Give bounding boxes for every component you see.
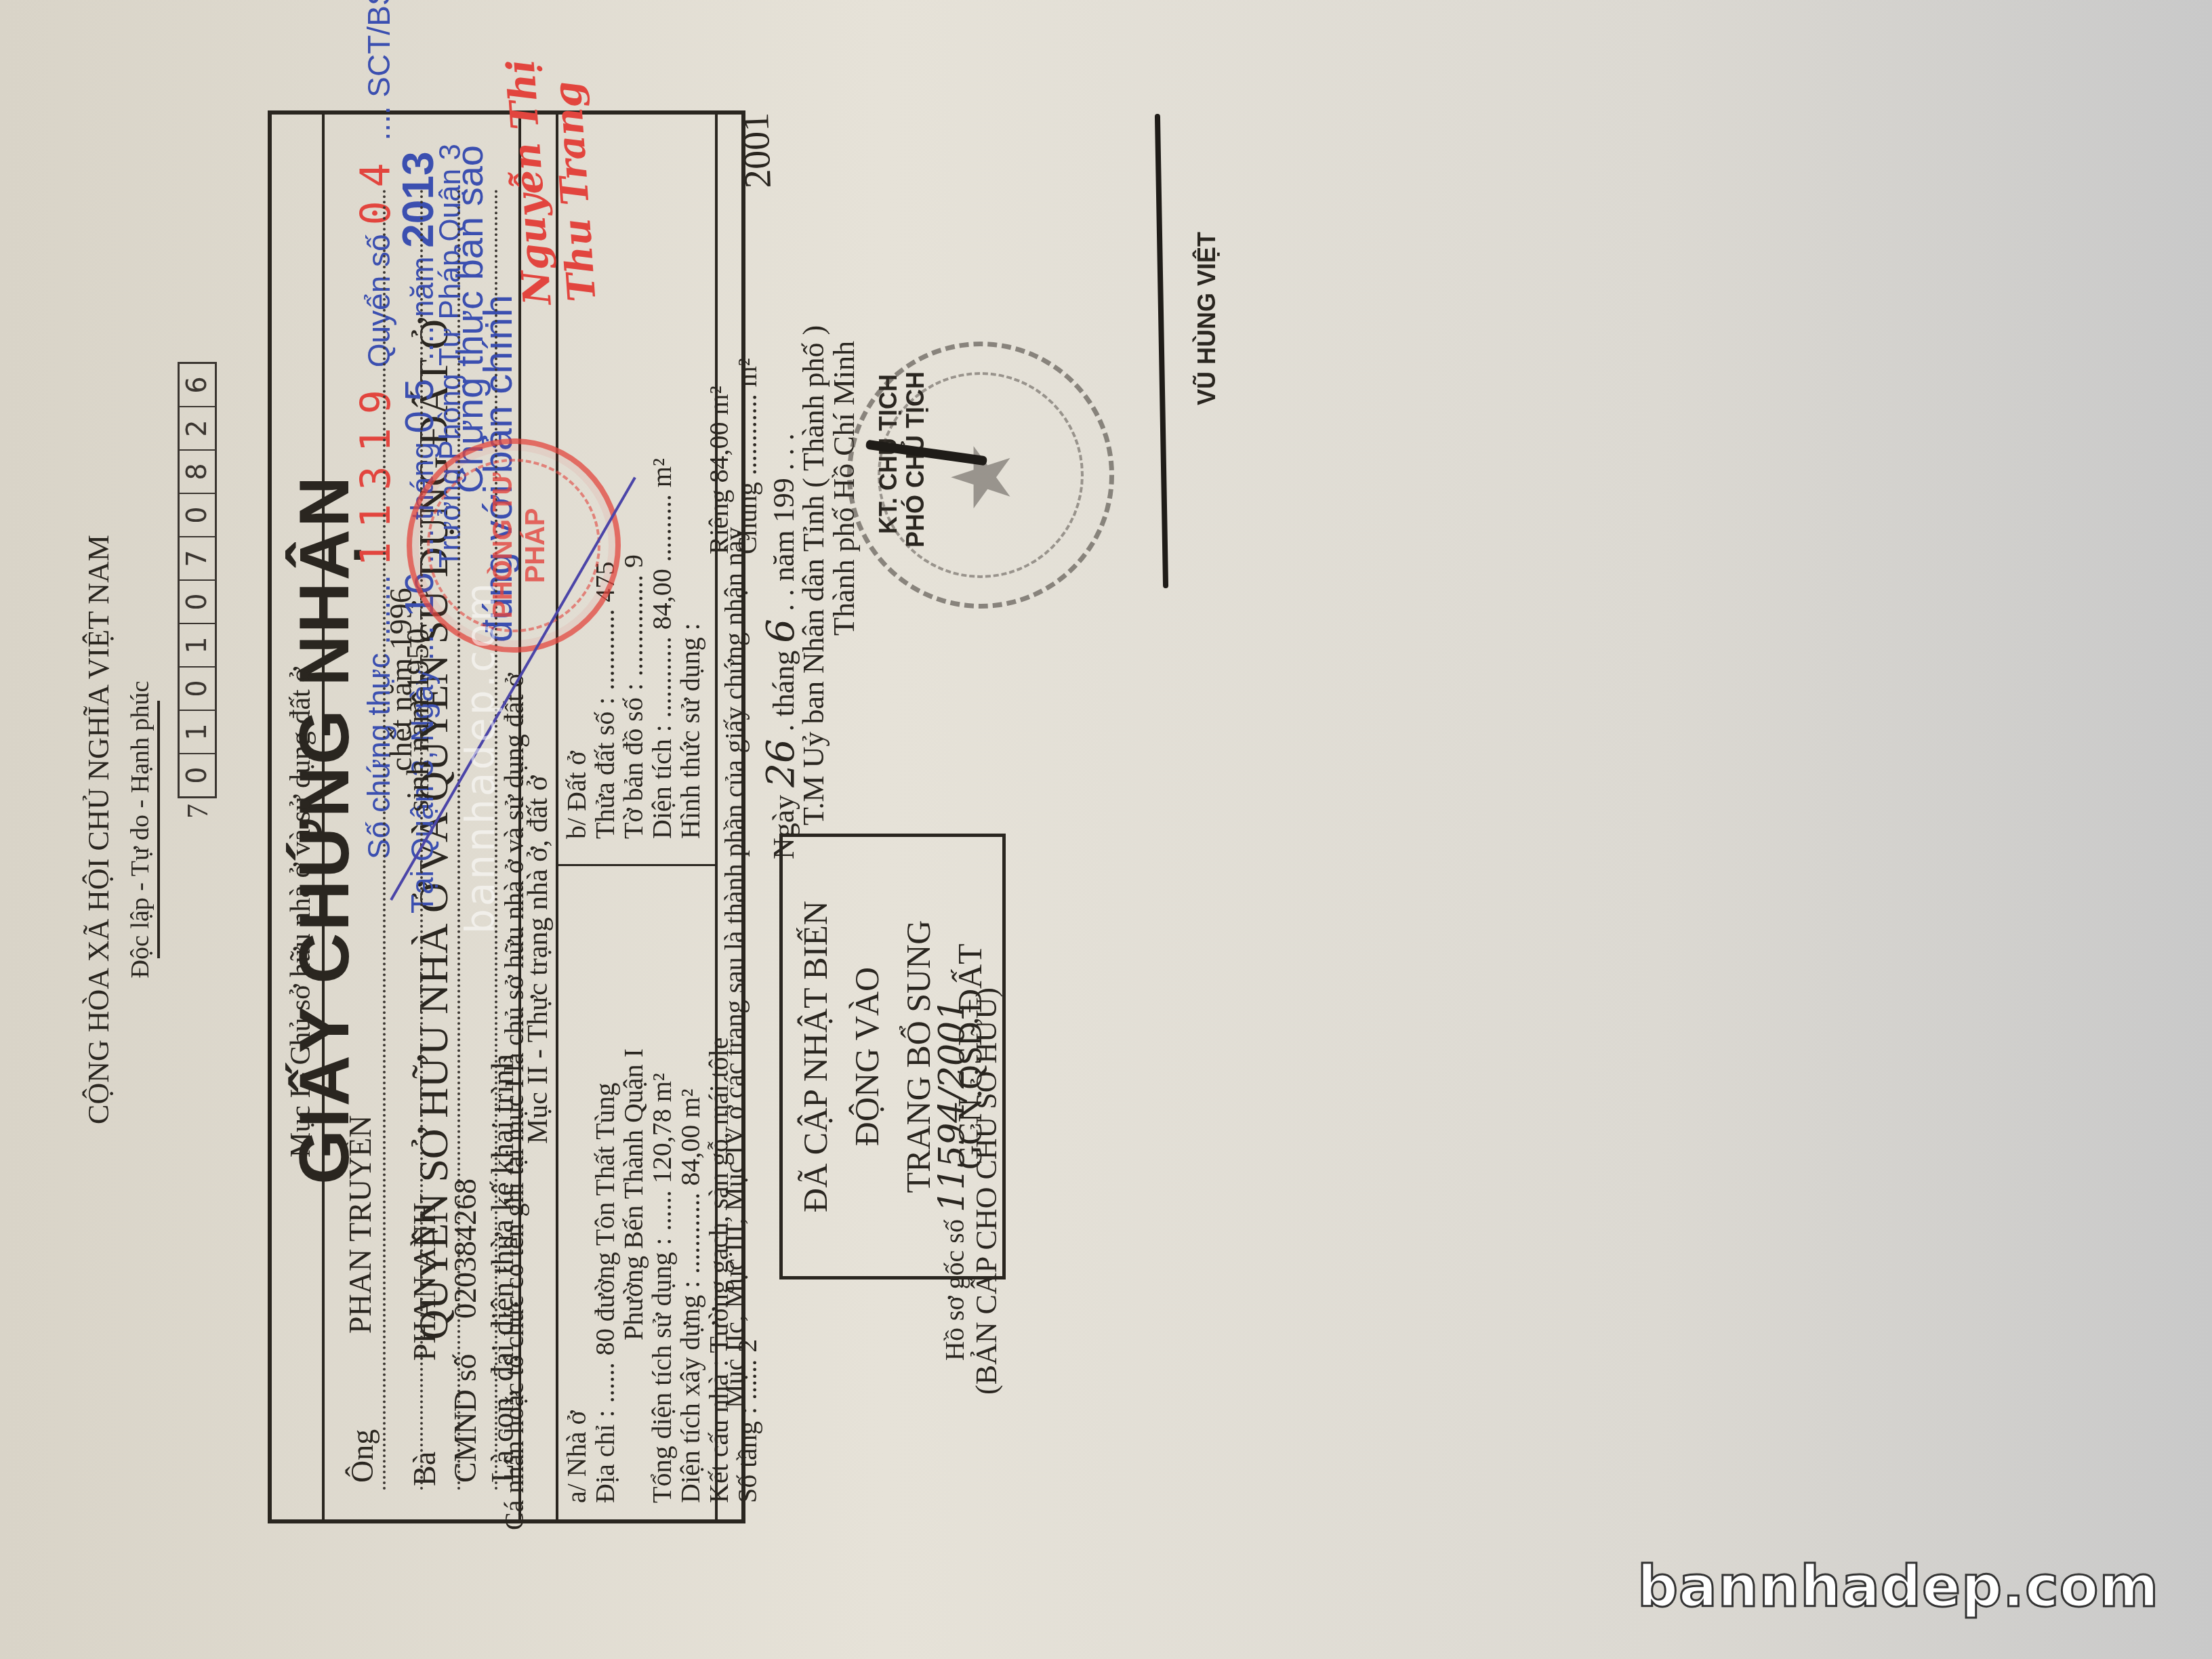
faint-watermark: bannhadep.com <box>457 580 504 934</box>
date-year-label: năm 199 <box>767 478 800 581</box>
serial-digit: 0 <box>180 668 215 711</box>
file-label: Hồ sơ gốc số <box>939 1219 970 1361</box>
document-photo: CỘNG HÒA XÃ HỘI CHỦ NGHĨA VIỆT NAM Độc l… <box>0 0 2212 1659</box>
house-total-area: Tổng diện tích sử dụng : ...... 120,78 m… <box>648 1038 676 1503</box>
signer-name: VŨ HÙNG VIỆT <box>1193 232 1221 405</box>
owner2-birth-label: sinh năm <box>401 699 435 812</box>
floors-label: Số tầng : <box>732 1407 762 1503</box>
section2-column-divider <box>556 864 715 866</box>
footer-note: Mục IIc, Mục III, Mục IV ở các trang sau… <box>718 527 750 1408</box>
certification-book-label: Quyển số <box>361 234 396 367</box>
serial-digit: 2 <box>180 407 215 451</box>
file-number: Hồ sơ gốc số 11594/2001 <box>932 999 972 1361</box>
house-built-area: Diện tích xây dựng : ............ 84,00 … <box>676 1038 705 1503</box>
serial-digit: 0 <box>180 754 215 796</box>
total-area-value: 120,78 <box>647 1109 677 1183</box>
total-area-unit: m² <box>647 1073 677 1102</box>
plot-label: Thửa đất số : <box>590 697 620 839</box>
section2-top-divider <box>518 110 521 1523</box>
serial-digit: 0 <box>180 494 215 537</box>
site-watermark: bannhadep.com <box>1637 1553 2159 1620</box>
address-line2: Phường Bến Thành Quận I <box>618 1048 649 1340</box>
address-label: Địa chỉ : <box>590 1410 620 1503</box>
signature-stroke <box>1155 114 1168 588</box>
house-address: Địa chỉ : ...... 80 đường Tôn Thất Tùng <box>591 1038 619 1503</box>
private-value: 84,00 <box>703 422 734 483</box>
built-area-unit: m² <box>675 1089 705 1118</box>
area-unit: m² <box>647 458 677 487</box>
owner2-birth: sinh năm 1950 <box>400 628 436 812</box>
dotted-line <box>420 188 423 1490</box>
copy-note: (BẢN CẤP CHO CHỦ SỞ HỮU) <box>969 987 1004 1395</box>
section1-heading: Mục I - Chủ sở hữu nhà ở và sử dụng đất … <box>285 668 317 1158</box>
relation-text: Là con, đại diện thừa kế khai trình <box>485 1054 520 1483</box>
land-usage: Hình thức sử dụng : <box>676 358 705 839</box>
motto-underline <box>157 701 160 958</box>
map-sheet-value: 9 <box>618 554 649 568</box>
land-map-sheet: Tờ bản đồ số : ............... 9 <box>619 358 648 839</box>
owner1-label: Ông <box>344 1429 380 1483</box>
id-number: CMND số 020384268 <box>447 1179 483 1483</box>
built-area-value: 84,00 <box>675 1125 705 1186</box>
id-value: 020384268 <box>448 1179 483 1319</box>
authority-line1: T.M Uỷ ban Nhân dân Tỉnh ( Thành phố ) <box>796 325 831 825</box>
signing-year-handwritten: 2001 <box>734 112 780 189</box>
owner2-birth-value: 1950 <box>401 628 435 691</box>
serial-digit-boxes: 0101070826 <box>178 362 217 798</box>
owner2-name: PHAN ANH <box>407 1202 443 1361</box>
serial-digit: 6 <box>180 364 215 407</box>
built-area-label: Diện tích xây dựng : <box>675 1281 705 1503</box>
serial-prefix: 7 <box>180 804 215 819</box>
total-area-label: Tổng diện tích sử dụng : <box>647 1237 677 1503</box>
update-stamp-line1: ĐÃ CẬP NHẬT BIẾN ĐỘNG VÀO <box>790 853 893 1260</box>
owner1-name: PHAN TRUYỀN <box>342 1115 378 1334</box>
serial-digit: 1 <box>180 711 215 754</box>
file-value: 11594/2001 <box>932 999 972 1212</box>
serial-digit: 0 <box>180 581 215 624</box>
house-address-line2: Phường Bến Thành Quận I <box>619 1038 648 1503</box>
id-label: CMND số <box>448 1354 483 1483</box>
notary-stamp: PHÒNG TƯ PHÁP <box>407 438 621 653</box>
dotted-line <box>383 188 386 1490</box>
section1-header-divider <box>322 110 325 1523</box>
address-line1: 80 đường Tôn Thất Tùng <box>590 1082 620 1355</box>
area-label: Diện tích : <box>647 724 677 839</box>
serial-digit: 1 <box>180 624 215 668</box>
shared-unit: m² <box>732 358 762 387</box>
serial-number: 7 0101070826 <box>178 362 217 819</box>
owner2-label: Bà <box>407 1452 443 1486</box>
private-unit: m² <box>703 386 734 415</box>
serial-digit: 7 <box>180 537 215 581</box>
section2-header-divider <box>556 110 558 1523</box>
certification-book-code: SCT/BS <box>361 0 396 98</box>
section2-heading: Mục II - Thực trạng nhà ở, đất ở <box>522 776 554 1144</box>
serial-digit: 8 <box>180 451 215 494</box>
house-heading: a/ Nhà ở <box>562 1038 591 1503</box>
certificate-document: CỘNG HÒA XÃ HỘI CHỦ NGHĨA VIỆT NAM Độc l… <box>0 0 2212 1659</box>
nation-header: CỘNG HÒA XÃ HỘI CHỦ NGHĨA VIỆT NAM <box>81 0 116 1659</box>
area-value: 84,00 <box>647 569 677 630</box>
date-month-label: tháng <box>767 651 800 717</box>
motto: Độc lập - Tự do - Hạnh phúc <box>125 0 155 1659</box>
land-area: Diện tích : ............ 84,00 .........… <box>648 358 676 839</box>
map-sheet-label: Tờ bản đồ số : <box>618 683 649 839</box>
